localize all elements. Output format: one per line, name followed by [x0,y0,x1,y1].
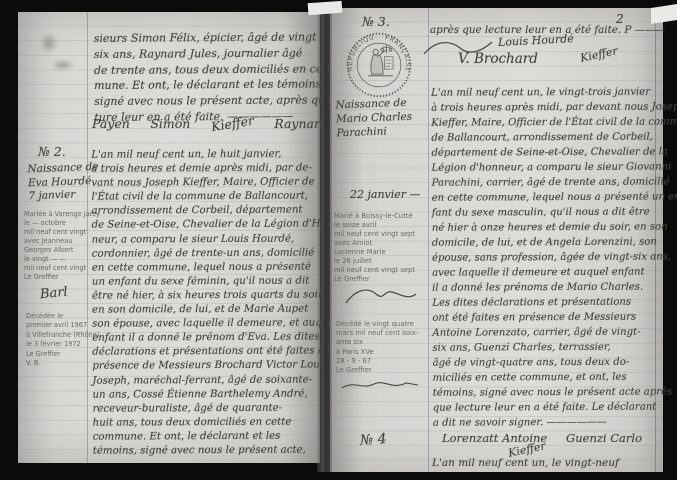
stamp-line: Le Greffier [334,275,444,284]
stamp-line: mil neuf cent vingt sept [334,266,444,275]
text-line: en cette commune, lequel nous a présenté [92,260,338,275]
act2-text: L'an mil neuf cent un, le huit janvier,à… [91,147,338,458]
text-line: l'État civil de la commune de Ballancour… [91,190,337,205]
stamp-line: ante six [336,338,446,347]
stamp-line: Décédé le vingt quatre [336,320,446,329]
stamp-line: à Paris XVe [336,348,446,357]
text-line: Mario Charles [336,110,413,126]
text-line: épouse, sans profession, âgée de vingt-s… [432,249,677,265]
text-line: Parachini [336,124,413,140]
text-line: L'an mil neuf cent un, le vingt-trois ja… [431,84,677,100]
binding-gutter [317,6,332,472]
text-line: il a donné les prénoms de Mario Charles. [432,279,677,295]
text-line: en cette commune, lequel nous a présenté… [432,189,677,205]
page-corner [651,4,677,24]
text-line: fant du sexe masculin, qu'il nous a dit … [432,204,677,220]
stamp-line: Lucienne Marie [334,248,444,257]
act3-margin-title: Naissance deMario CharlesParachini [335,97,412,141]
republique-francaise-fiscal-stamp: RÉPUBLIQUE FRANÇAISE [346,32,412,98]
text-line: 7 janvier [28,188,99,204]
act3-margin-date: 22 janvier — [350,188,421,201]
seated-marianne-figure [368,45,393,76]
text-line: à trois heures après midi, par devant no… [431,99,677,115]
act4-number: № 4 [359,431,387,449]
text-line: de Seine-et-Oise, Chevalier de la Légion… [92,218,338,233]
text-line: son épouse, avec laquelle il demeure, et… [92,316,338,331]
text-line: Joseph, maréchal-ferrant, âgé de soixant… [92,373,338,388]
text-line: à trois heures et demie après midi, par … [91,161,337,176]
text-line: domicile, de lui, et de Angela Lorenzini… [432,234,677,250]
text-line: un ans, Cossé Étienne Barthelemy André, [92,387,338,402]
text-line: Antoine Lorenzato, carrier, âgé de vingt… [432,324,677,340]
text-line: âgé de vingt-quatre ans, tous deux do- [433,354,677,370]
text-line: Légion d'honneur, a comparu le sieur Gio… [431,159,677,175]
simon-signature: Simon [150,116,190,131]
register-scan: sieurs Simon Félix, épicier, âgé de ving… [0,0,677,480]
stamp-line: Marié à Boissy-le-Cutté [334,212,444,221]
text-line: né hier à onze heures et demie du soir, … [432,219,677,235]
text-line: Parachini, carrier, âgé de trente ans, d… [432,174,677,190]
text-line: six ans, Guenzi Charles, terrassier, [432,339,677,355]
stamp-line: mil neuf cent vingt sept [334,230,444,239]
page-corner [308,1,343,15]
text-line: présence de Messieurs Brochard Victor Lo… [92,359,338,374]
stamp-line: avec Amiot [334,239,444,248]
stamp-line: le 26 juillet [334,257,444,266]
text-line: huit ans, tous deux domiciliés en cette [93,415,339,430]
text-line: vant nous Joseph Kieffer, Maire, Officie… [91,176,337,191]
text-line: Les dites déclarations et présentations [432,294,677,310]
text-line: déclarations et présentations ont été fa… [92,345,338,360]
text-line: cordonnier, âgé de trente-un ans, domici… [92,246,338,261]
act2-margin-title: Naissance deEva Hourdé7 janvier [27,161,99,204]
stamp-line: Le Greffier [336,366,446,375]
text-line: que lecture leur en a été faite. Le décl… [433,399,677,415]
act3-text: L'an mil neuf cent un, le vingt-trois ja… [431,84,677,430]
act3-number: № 3. [362,14,390,29]
text-line: L'an mil neuf cent un, le huit janvier, [91,147,337,162]
greffier-signature: Barl [39,285,68,302]
text-line: receveur-buraliste, âgé de quarante- [93,401,339,416]
left-page: sieurs Simon Félix, épicier, âgé de ving… [18,12,320,463]
act1-signatures: Payen Simon Kieffer Raynard [92,116,328,131]
text-line: un enfant du sexe féminin, qu'il nous a … [92,274,338,289]
act2-number: № 2. [38,144,66,159]
text-line: témoins, signé avec nous le présent acte… [93,443,339,458]
stamp-line: mars mil neuf cent soix- [336,329,446,338]
death-mention-stamp: Décédé le vingt quatremars mil neuf cent… [336,320,446,375]
stamp-line: le seize avril [334,221,444,230]
text-line: Eva Hourdé [28,174,99,190]
hourde-signature: Louis Hourdé [498,32,574,49]
right-page: 2 après que lecture leur en a été faite.… [330,8,663,472]
text-line: Kieffer, Maire, Officier de l'État civil… [431,114,677,130]
text-line: témoins, signé avec nous le présent acte… [433,384,677,400]
guenzi-signature: Guenzi Carlo [566,431,642,445]
text-line: département de Seine-et-Oise, Chevalier … [431,144,677,160]
text-line: enfant il a donné le prénom d'Eva. Les d… [92,331,338,346]
brochard-signature: V. Brochard [458,51,538,67]
text-line: commune. Et ont, le déclarant et les [93,429,339,444]
text-line: avec laquelle il demeure et auquel enfan… [432,264,677,280]
text-line: neur, a comparu le sieur Louis Hourdé, [92,232,338,247]
greffier-signature-flourish [340,376,420,394]
ink-smudge [46,56,80,74]
text-line: miciliés en cette commune, et ont, les [433,369,677,385]
payen-signature: Payen [92,116,130,131]
marriage-mention-stamp: Marié à Boissy-le-Cuttéle seize avrilmil… [334,212,444,284]
kieffer-signature: Kieffer [210,113,255,135]
text-line: de Ballancourt, arrondissement de Corbei… [431,129,677,145]
act4-first-line: L'an mil neuf cent un, le vingt-neuf [432,457,619,469]
stamp-line: 28 - 9 - 67 [336,357,446,366]
text-line: être né hier, à six heures trois quarts … [92,288,338,303]
text-line: ont été faites en présence de Messieurs [432,309,677,325]
text-line: arrondissement de Corbeil, département [91,204,337,219]
greffier-signature-flourish [344,286,418,308]
kieffer-signature: Kieffer [579,44,619,65]
ink-smudge [36,28,62,58]
text-line: a dit ne savoir signer. —————— [433,414,677,430]
text-line: en son domicile, de lui, et de Marie Aup… [92,302,338,317]
